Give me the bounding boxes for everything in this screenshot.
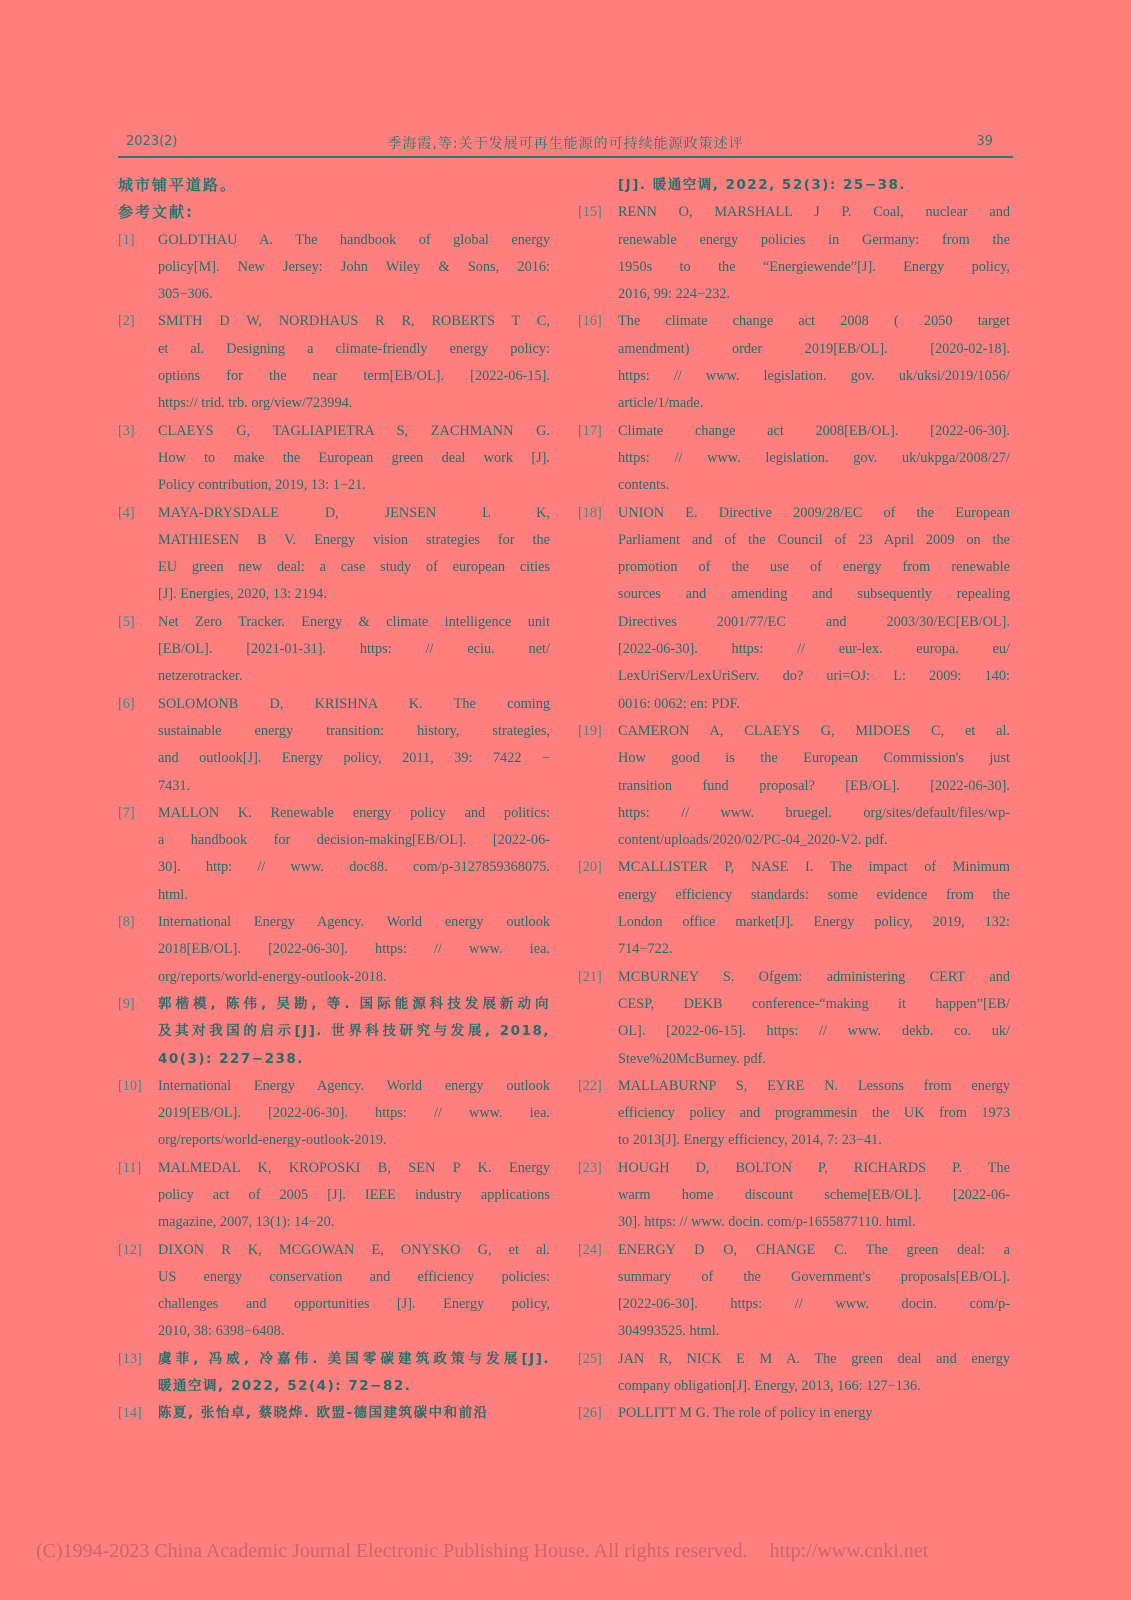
reference-item: [26]POLLITT M G. The role of policy in e… bbox=[578, 1400, 1010, 1427]
reference-line: US energy conservation and efficiency po… bbox=[158, 1264, 550, 1291]
copyright-text: (C)1994-2023 China Academic Journal Elec… bbox=[36, 1540, 748, 1562]
reference-line: DIXON R K, MCGOWAN E, ONYSKO G, et al. bbox=[158, 1237, 550, 1264]
reference-line: [2022-06-30]. https: // www. docin. com/… bbox=[618, 1291, 1010, 1318]
reference-item: [16]The climate change act 2008 ( 2050 t… bbox=[578, 308, 1010, 417]
reference-number: [26] bbox=[578, 1400, 602, 1427]
reference-line: [J]. 暖通空调, 2022, 52(3): 25−38. bbox=[618, 172, 1010, 199]
reference-item: [11]MALMEDAL K, KROPOSKI B, SEN P K. Ene… bbox=[118, 1155, 550, 1237]
reference-line: 虞菲, 冯威, 冷嘉伟. 美国零碳建筑政策与发展[J]. bbox=[158, 1346, 550, 1373]
reference-line: 2016, 99: 224−232. bbox=[618, 281, 1010, 308]
reference-line: to 2013[J]. Energy efficiency, 2014, 7: … bbox=[618, 1127, 1010, 1154]
reference-line: 304993525. html. bbox=[618, 1318, 1010, 1345]
reference-line: org/reports/world-energy-outlook-2018. bbox=[158, 964, 550, 991]
references-heading: 参考文献: bbox=[118, 199, 550, 226]
reference-item: [20]MCALLISTER P, NASE I. The impact of … bbox=[578, 854, 1010, 963]
reference-line: [2022-06-30]. https: // eur-lex. europa.… bbox=[618, 636, 1010, 663]
reference-number: [18] bbox=[578, 500, 602, 527]
reference-line: LexUriServ/LexUriServ. do? uri=OJ: L: 20… bbox=[618, 663, 1010, 690]
reference-line: MATHIESEN B V. Energy vision strategies … bbox=[158, 527, 550, 554]
reference-item: [6]SOLOMONB D, KRISHNA K. The comingsust… bbox=[118, 691, 550, 800]
continuation-text: 城市铺平道路。 bbox=[118, 172, 550, 199]
reference-line: policy[M]. New Jersey: John Wiley & Sons… bbox=[158, 254, 550, 281]
reference-line: content/uploads/2020/02/PC-04_2020-V2. p… bbox=[618, 827, 1010, 854]
reference-line: MCBURNEY S. Ofgem: administering CERT an… bbox=[618, 964, 1010, 991]
copyright-footer: (C)1994-2023 China Academic Journal Elec… bbox=[36, 1540, 928, 1563]
reference-line: 0016: 0062: en: PDF. bbox=[618, 691, 1010, 718]
reference-number: [3] bbox=[118, 418, 135, 445]
reference-line: policy act of 2005 [J]. IEEE industry ap… bbox=[158, 1182, 550, 1209]
page-number: 39 bbox=[976, 134, 993, 149]
reference-line: 30]. https: // www. docin. com/p-1655877… bbox=[618, 1209, 1010, 1236]
reference-number: [4] bbox=[118, 500, 135, 527]
reference-item: [19]CAMERON A, CLAEYS G, MIDOES C, et al… bbox=[578, 718, 1010, 854]
reference-line: magazine, 2007, 13(1): 14−20. bbox=[158, 1209, 550, 1236]
reference-item: [10]International Energy Agency. World e… bbox=[118, 1073, 550, 1155]
reference-line: MAYA-DRYSDALE D, JENSEN L K, bbox=[158, 500, 550, 527]
reference-number: [17] bbox=[578, 418, 602, 445]
reference-line: ENERGY D O, CHANGE C. The green deal: a bbox=[618, 1237, 1010, 1264]
reference-line: amendment) order 2019[EB/OL]. [2020-02-1… bbox=[618, 336, 1010, 363]
left-column: 城市铺平道路。 参考文献: [1]GOLDTHAU A. The handboo… bbox=[118, 172, 550, 1428]
reference-line: https: // www. bruegel. org/sites/defaul… bbox=[618, 800, 1010, 827]
reference-line: Climate change act 2008[EB/OL]. [2022-06… bbox=[618, 418, 1010, 445]
reference-line: Policy contribution, 2019, 13: 1−21. bbox=[158, 472, 550, 499]
reference-item: [14]陈夏, 张怡卓, 蔡晓烨. 欧盟-德国建筑碳中和前沿 bbox=[118, 1400, 550, 1427]
reference-line: 暖通空调, 2022, 52(4): 72−82. bbox=[158, 1373, 550, 1400]
reference-line: CESP, DEKB conference-“making it happen”… bbox=[618, 991, 1010, 1018]
reference-number: [9] bbox=[118, 991, 135, 1018]
reference-item: [24]ENERGY D O, CHANGE C. The green deal… bbox=[578, 1237, 1010, 1346]
reference-item: [15]RENN O, MARSHALL J P. Coal, nuclear … bbox=[578, 199, 1010, 308]
reference-line: OL]. [2022-06-15]. https: // www. dekb. … bbox=[618, 1018, 1010, 1045]
reference-line: 郭楷模, 陈伟, 吴勘, 等. 国际能源科技发展新动向 bbox=[158, 991, 550, 1018]
reference-line: SOLOMONB D, KRISHNA K. The coming bbox=[158, 691, 550, 718]
reference-item: [13]虞菲, 冯威, 冷嘉伟. 美国零碳建筑政策与发展[J].暖通空调, 20… bbox=[118, 1346, 550, 1401]
reference-line: challenges and opportunities [J]. Energy… bbox=[158, 1291, 550, 1318]
reference-number: [10] bbox=[118, 1073, 142, 1100]
reference-item: [22]MALLABURNP S, EYRE N. Lessons from e… bbox=[578, 1073, 1010, 1155]
reference-line: MALMEDAL K, KROPOSKI B, SEN P K. Energy bbox=[158, 1155, 550, 1182]
reference-line: 7431. bbox=[158, 773, 550, 800]
reference-line: html. bbox=[158, 882, 550, 909]
reference-number: [13] bbox=[118, 1346, 142, 1373]
reference-line: 1950s to the “Energiewende”[J]. Energy p… bbox=[618, 254, 1010, 281]
reference-line: sustainable energy transition: history, … bbox=[158, 718, 550, 745]
reference-line: International Energy Agency. World energ… bbox=[158, 1073, 550, 1100]
reference-item: [17]Climate change act 2008[EB/OL]. [202… bbox=[578, 418, 1010, 500]
reference-item: [7]MALLON K. Renewable energy policy and… bbox=[118, 800, 550, 909]
reference-line: summary of the Government's proposals[EB… bbox=[618, 1264, 1010, 1291]
reference-line: Directives 2001/77/EC and 2003/30/EC[EB/… bbox=[618, 609, 1010, 636]
reference-line: [EB/OL]. [2021-01-31]. https: // eciu. n… bbox=[158, 636, 550, 663]
reference-line: The climate change act 2008 ( 2050 targe… bbox=[618, 308, 1010, 335]
reference-item: [J]. 暖通空调, 2022, 52(3): 25−38. bbox=[578, 172, 1010, 199]
running-title: 季海霞,等:关于发展可再生能源的可持续能源政策述评 bbox=[118, 133, 1013, 153]
reference-line: SMITH D W, NORDHAUS R R, ROBERTS T C, bbox=[158, 308, 550, 335]
reference-line: 及其对我国的启示[J]. 世界科技研究与发展, 2018, bbox=[158, 1018, 550, 1045]
reference-number: [25] bbox=[578, 1346, 602, 1373]
reference-number: [7] bbox=[118, 800, 135, 827]
reference-number: [24] bbox=[578, 1237, 602, 1264]
reference-line: 30]. http: // www. doc88. com/p-31278593… bbox=[158, 854, 550, 881]
reference-number: [14] bbox=[118, 1400, 142, 1427]
reference-line: CAMERON A, CLAEYS G, MIDOES C, et al. bbox=[618, 718, 1010, 745]
reference-number: [12] bbox=[118, 1237, 142, 1264]
reference-line: How good is the European Commission's ju… bbox=[618, 745, 1010, 772]
reference-line: How to make the European green deal work… bbox=[158, 445, 550, 472]
reference-line: https:// trid. trb. org/view/723994. bbox=[158, 390, 550, 417]
reference-line: MALLON K. Renewable energy policy and po… bbox=[158, 800, 550, 827]
reference-list-left: [1]GOLDTHAU A. The handbook of global en… bbox=[118, 227, 550, 1428]
reference-item: [8]International Energy Agency. World en… bbox=[118, 909, 550, 991]
reference-number: [1] bbox=[118, 227, 135, 254]
reference-number: [5] bbox=[118, 609, 135, 636]
reference-item: [23]HOUGH D, BOLTON P, RICHARDS P. Thewa… bbox=[578, 1155, 1010, 1237]
reference-line: contents. bbox=[618, 472, 1010, 499]
reference-number: [16] bbox=[578, 308, 602, 335]
reference-line: Steve%20McBurney. pdf. bbox=[618, 1046, 1010, 1073]
reference-item: [4]MAYA-DRYSDALE D, JENSEN L K,MATHIESEN… bbox=[118, 500, 550, 609]
reference-line: org/reports/world-energy-outlook-2019. bbox=[158, 1127, 550, 1154]
reference-number: [6] bbox=[118, 691, 135, 718]
reference-line: 305−306. bbox=[158, 281, 550, 308]
reference-line: efficiency policy and programmesin the U… bbox=[618, 1100, 1010, 1127]
reference-item: [21]MCBURNEY S. Ofgem: administering CER… bbox=[578, 964, 1010, 1073]
reference-number: [23] bbox=[578, 1155, 602, 1182]
reference-number: [22] bbox=[578, 1073, 602, 1100]
cnki-link[interactable]: http://www.cnki.net bbox=[770, 1540, 929, 1562]
reference-line: sources and amending and subsequently re… bbox=[618, 581, 1010, 608]
reference-line: https: // www. legislation. gov. uk/ukpg… bbox=[618, 445, 1010, 472]
reference-line: warm home discount scheme[EB/OL]. [2022-… bbox=[618, 1182, 1010, 1209]
reference-number: [20] bbox=[578, 854, 602, 881]
reference-line: transition fund proposal? [EB/OL]. [2022… bbox=[618, 773, 1010, 800]
reference-item: [9]郭楷模, 陈伟, 吴勘, 等. 国际能源科技发展新动向及其对我国的启示[J… bbox=[118, 991, 550, 1073]
reference-line: JAN R, NICK E M A. The green deal and en… bbox=[618, 1346, 1010, 1373]
right-column: [J]. 暖通空调, 2022, 52(3): 25−38.[15]RENN O… bbox=[578, 172, 1010, 1428]
reference-number: [2] bbox=[118, 308, 135, 335]
reference-line: et al. Designing a climate-friendly ener… bbox=[158, 336, 550, 363]
reference-line: renewable energy policies in Germany: fr… bbox=[618, 227, 1010, 254]
reference-line: promotion of the use of energy from rene… bbox=[618, 554, 1010, 581]
running-header: 2023(2) 季海霞,等:关于发展可再生能源的可持续能源政策述评 39 bbox=[118, 128, 1013, 158]
reference-number: [21] bbox=[578, 964, 602, 991]
reference-line: MCALLISTER P, NASE I. The impact of Mini… bbox=[618, 854, 1010, 881]
reference-item: [18]UNION E. Directive 2009/28/EC of the… bbox=[578, 500, 1010, 718]
reference-line: 2010, 38: 6398−6408. bbox=[158, 1318, 550, 1345]
reference-item: [3]CLAEYS G, TAGLIAPIETRA S, ZACHMANN G.… bbox=[118, 418, 550, 500]
reference-line: Parliament and of the Council of 23 Apri… bbox=[618, 527, 1010, 554]
reference-item: [2]SMITH D W, NORDHAUS R R, ROBERTS T C,… bbox=[118, 308, 550, 417]
reference-line: 714−722. bbox=[618, 936, 1010, 963]
reference-item: [5]Net Zero Tracker. Energy & climate in… bbox=[118, 609, 550, 691]
reference-number: [19] bbox=[578, 718, 602, 745]
reference-line: RENN O, MARSHALL J P. Coal, nuclear and bbox=[618, 199, 1010, 226]
reference-line: netzerotracker. bbox=[158, 663, 550, 690]
reference-line: MALLABURNP S, EYRE N. Lessons from energ… bbox=[618, 1073, 1010, 1100]
reference-line: 2018[EB/OL]. [2022-06-30]. https: // www… bbox=[158, 936, 550, 963]
reference-line: UNION E. Directive 2009/28/EC of the Eur… bbox=[618, 500, 1010, 527]
reference-line: https: // www. legislation. gov. uk/uksi… bbox=[618, 363, 1010, 390]
reference-item: [12]DIXON R K, MCGOWAN E, ONYSKO G, et a… bbox=[118, 1237, 550, 1346]
reference-number: [11] bbox=[118, 1155, 141, 1182]
reference-line: EU green new deal: a case study of europ… bbox=[158, 554, 550, 581]
reference-number: [15] bbox=[578, 199, 602, 226]
reference-line: Net Zero Tracker. Energy & climate intel… bbox=[158, 609, 550, 636]
reference-line: London office market[J]. Energy policy, … bbox=[618, 909, 1010, 936]
reference-item: [1]GOLDTHAU A. The handbook of global en… bbox=[118, 227, 550, 309]
reference-line: company obligation[J]. Energy, 2013, 166… bbox=[618, 1373, 1010, 1400]
reference-line: CLAEYS G, TAGLIAPIETRA S, ZACHMANN G. bbox=[158, 418, 550, 445]
reference-line: and outlook[J]. Energy policy, 2011, 39:… bbox=[158, 745, 550, 772]
reference-number: [8] bbox=[118, 909, 135, 936]
reference-line: 40(3): 227−238. bbox=[158, 1046, 550, 1073]
reference-line: International Energy Agency. World energ… bbox=[158, 909, 550, 936]
reference-line: POLLITT M G. The role of policy in energ… bbox=[618, 1400, 1010, 1427]
reference-line: a handbook for decision-making[EB/OL]. [… bbox=[158, 827, 550, 854]
reference-list-right: [J]. 暖通空调, 2022, 52(3): 25−38.[15]RENN O… bbox=[578, 172, 1010, 1428]
reference-line: energy efficiency standards: some eviden… bbox=[618, 882, 1010, 909]
reference-line: GOLDTHAU A. The handbook of global energ… bbox=[158, 227, 550, 254]
reference-line: HOUGH D, BOLTON P, RICHARDS P. The bbox=[618, 1155, 1010, 1182]
reference-line: options for the near term[EB/OL]. [2022-… bbox=[158, 363, 550, 390]
reference-line: [J]. Energies, 2020, 13: 2194. bbox=[158, 581, 550, 608]
reference-line: article/1/made. bbox=[618, 390, 1010, 417]
reference-line: 2019[EB/OL]. [2022-06-30]. https: // www… bbox=[158, 1100, 550, 1127]
reference-item: [25]JAN R, NICK E M A. The green deal an… bbox=[578, 1346, 1010, 1401]
reference-line: 陈夏, 张怡卓, 蔡晓烨. 欧盟-德国建筑碳中和前沿 bbox=[158, 1400, 550, 1427]
